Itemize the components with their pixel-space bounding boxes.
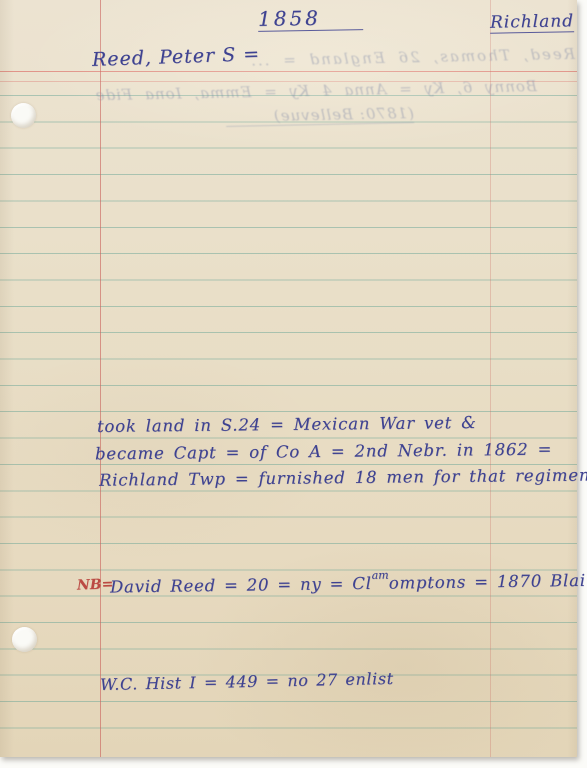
nb-text-after: omptons = 1870 Blair <box>389 571 587 593</box>
place-heading: Richland <box>490 11 574 33</box>
left-margin-line <box>100 0 101 757</box>
bleedthrough-line-3: (1870: Bellevue) <box>226 104 414 127</box>
entry-body-line-1: took land in S.24 = Mexican War vet & <box>97 413 477 436</box>
notebook-page: Reed, Thomas, 26 England = ... Bonny 6, … <box>0 0 577 757</box>
right-margin-line <box>490 0 491 757</box>
punch-hole-top <box>11 103 36 128</box>
nb-inserted-word: am <box>372 569 389 582</box>
year-heading: 1858 <box>258 5 363 32</box>
nb-annotation-label: NB= <box>77 576 114 593</box>
punch-hole-bottom <box>12 627 37 652</box>
nb-text-before: David Reed = 20 = ny = Cl <box>110 574 372 597</box>
scanned-document-viewport: Reed, Thomas, 26 England = ... Bonny 6, … <box>0 0 587 768</box>
